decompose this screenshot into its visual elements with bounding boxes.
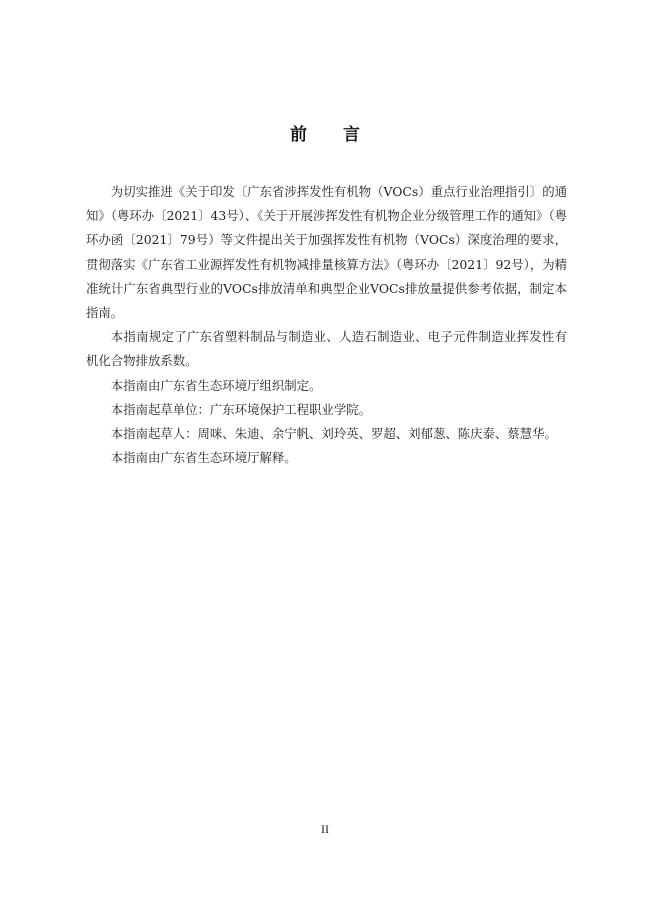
title-char-2: 言: [343, 125, 360, 145]
paragraph-scope: 本指南规定了广东省塑料制品与制造业、人造石制造业、电子元件制造业挥发性有机化合物…: [86, 325, 567, 373]
page-number: II: [0, 822, 650, 837]
paragraph-drafting-unit: 本指南起草单位：广东环境保护工程职业学院。: [86, 398, 567, 422]
paragraph-interpretation: 本指南由广东省生态环境厅解释。: [86, 446, 567, 470]
paragraph-organizer: 本指南由广东省生态环境厅组织制定。: [86, 374, 567, 398]
paragraph-purpose: 为切实推进《关于印发〔广东省涉挥发性有机物（VOCs）重点行业治理指引〕的通知》…: [86, 180, 567, 325]
page-title: 前言: [0, 120, 650, 145]
document-page: 前言 为切实推进《关于印发〔广东省涉挥发性有机物（VOCs）重点行业治理指引〕的…: [0, 0, 650, 919]
paragraph-drafters: 本指南起草人：周咪、朱迪、余宁帆、刘玲英、罗超、刘郁葱、陈庆泰、蔡慧华。: [86, 422, 567, 446]
preface-body: 为切实推进《关于印发〔广东省涉挥发性有机物（VOCs）重点行业治理指引〕的通知》…: [86, 180, 567, 470]
title-char-1: 前: [290, 125, 307, 145]
